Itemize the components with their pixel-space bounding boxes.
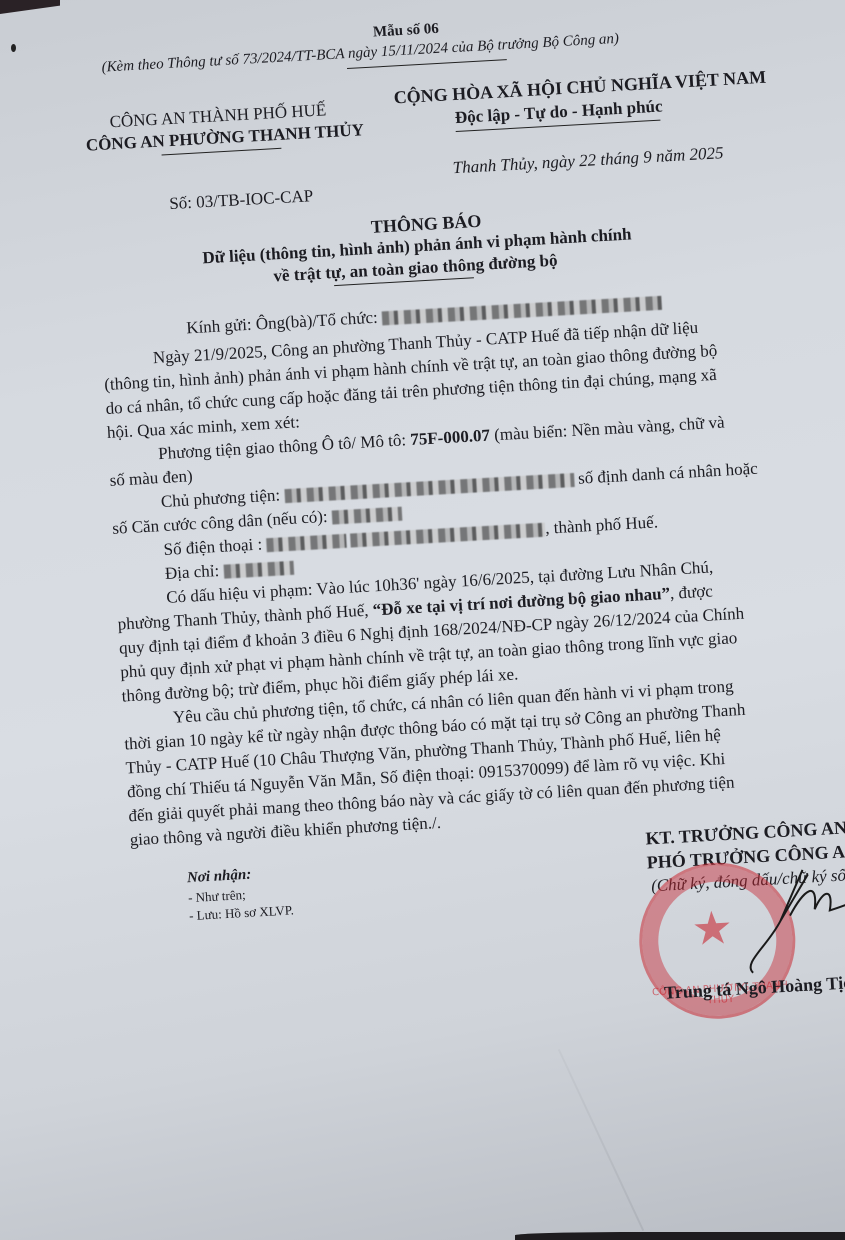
notice-document: Mẫu số 06 (Kèm theo Thông tư số 73/2024/…: [60, 0, 845, 1038]
redacted-owner: [284, 473, 574, 503]
recipient-item-1: - Như trên;: [188, 887, 246, 906]
owner-line: Chủ phương tiện: số định danh cá nhân ho…: [160, 457, 758, 514]
plate-color: (màu biển: Nền màu vàng, chữ và: [494, 413, 725, 445]
license-plate: 75F-000.07: [410, 426, 491, 449]
recipients-title: Nơi nhận:: [187, 867, 252, 888]
punch-hole: [11, 44, 16, 52]
recipient-item-2: - Lưu: Hồ sơ XLVP.: [189, 902, 295, 924]
place-date: Thanh Thủy, ngày 22 tháng 9 năm 2025: [452, 143, 724, 178]
photo-edge-bottom: [515, 1232, 845, 1240]
phone-label: Số điện thoại :: [163, 535, 263, 559]
owner-label: Chủ phương tiện:: [160, 485, 280, 511]
violation-cont: , được: [669, 581, 713, 602]
address-city: , thành phố Huế.: [545, 512, 659, 537]
redacted-address: [350, 523, 545, 548]
document-number: Số: 03/TB-IOC-CAP: [169, 186, 314, 214]
paper-fold: [558, 1049, 644, 1231]
form-number: Mẫu số 06: [373, 21, 440, 42]
recipient-label: Kính gửi: Ông(bà)/Tổ chức:: [186, 308, 378, 338]
address-label: Địa chỉ:: [164, 561, 219, 583]
signature: [707, 842, 845, 985]
photo-edge: [0, 0, 60, 14]
legal-basis: (Kèm theo Thông tư số 73/2024/TT-BCA ngà…: [101, 31, 619, 77]
redacted-phone: [266, 534, 347, 552]
owner-id-label: số định danh cá nhân hoặc: [578, 459, 759, 488]
redacted-address-start: [223, 561, 294, 579]
redacted-citizen-id: [331, 507, 402, 525]
